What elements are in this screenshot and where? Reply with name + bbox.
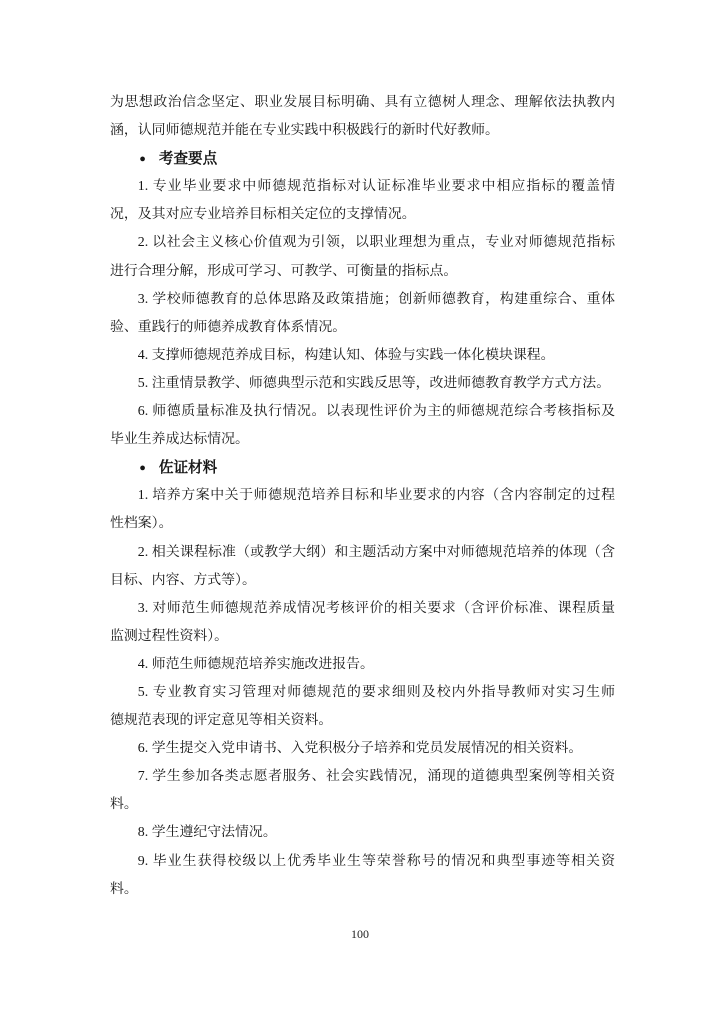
section-heading: ●佐证材料 [110, 454, 615, 482]
text-line: 监测过程性资料）。 [110, 623, 615, 651]
text-line: 1. 培养方案中关于师德规范培养目标和毕业要求的内容（含内容制定的过程 [110, 482, 615, 510]
text-line: 料。 [110, 791, 615, 819]
text-line: 为思想政治信念坚定、职业发展目标明确、具有立德树人理念、理解依法执教内 [110, 89, 615, 117]
bullet-icon: ● [139, 454, 146, 482]
section-heading-label: 佐证材料 [159, 460, 217, 476]
text-line: 况，及其对应专业培养目标相关定位的支撑情况。 [110, 201, 615, 229]
text-line: 德规范表现的评定意见等相关资料。 [110, 707, 615, 735]
text-line: 2. 以社会主义核心价值观为引领，以职业理想为重点，专业对师德规范指标 [110, 229, 615, 257]
text-line: 5. 注重情景教学、师德典型示范和实践反思等，改进师德教育教学方式方法。 [110, 370, 615, 398]
page-number: 100 [0, 924, 720, 944]
text-line: 9. 毕业生获得校级以上优秀毕业生等荣誉称号的情况和典型事迹等相关资 [110, 848, 615, 876]
text-line: 4. 支撑师德规范养成目标，构建认知、体验与实践一体化模块课程。 [110, 342, 615, 370]
text-line: 6. 学生提交入党申请书、入党积极分子培养和党员发展情况的相关资料。 [110, 735, 615, 763]
text-line: 7. 学生参加各类志愿者服务、社会实践情况，涌现的道德典型案例等相关资 [110, 763, 615, 791]
text-line: 涵，认同师德规范并能在专业实践中积极践行的新时代好教师。 [110, 117, 615, 145]
text-line: 3. 对师范生师德规范养成情况考核评价的相关要求（含评价标准、课程质量 [110, 595, 615, 623]
text-line: 毕业生养成达标情况。 [110, 426, 615, 454]
text-line: 2. 相关课程标准（或教学大纲）和主题活动方案中对师德规范培养的体现（含 [110, 539, 615, 567]
section-heading-label: 考查要点 [159, 151, 217, 167]
text-line: 5. 专业教育实习管理对师德规范的要求细则及校内外指导教师对实习生师 [110, 679, 615, 707]
document-page: 为思想政治信念坚定、职业发展目标明确、具有立德树人理念、理解依法执教内涵，认同师… [0, 0, 720, 1018]
page-content: 为思想政治信念坚定、职业发展目标明确、具有立德树人理念、理解依法执教内涵，认同师… [110, 89, 615, 904]
text-line: 6. 师德质量标准及执行情况。以表现性评价为主的师德规范综合考核指标及 [110, 398, 615, 426]
text-line: 1. 专业毕业要求中师德规范指标对认证标准毕业要求中相应指标的覆盖情 [110, 173, 615, 201]
text-line: 目标、内容、方式等）。 [110, 567, 615, 595]
text-line: 料。 [110, 876, 615, 904]
section-heading: ●考查要点 [110, 145, 615, 173]
text-line: 4. 师范生师德规范培养实施改进报告。 [110, 651, 615, 679]
text-line: 8. 学生遵纪守法情况。 [110, 819, 615, 847]
text-line: 验、重践行的师德养成教育体系情况。 [110, 314, 615, 342]
text-line: 3. 学校师德教育的总体思路及政策措施；创新师德教育，构建重综合、重体 [110, 286, 615, 314]
bullet-icon: ● [139, 145, 146, 173]
text-line: 性档案）。 [110, 510, 615, 538]
text-line: 进行合理分解，形成可学习、可教学、可衡量的指标点。 [110, 258, 615, 286]
